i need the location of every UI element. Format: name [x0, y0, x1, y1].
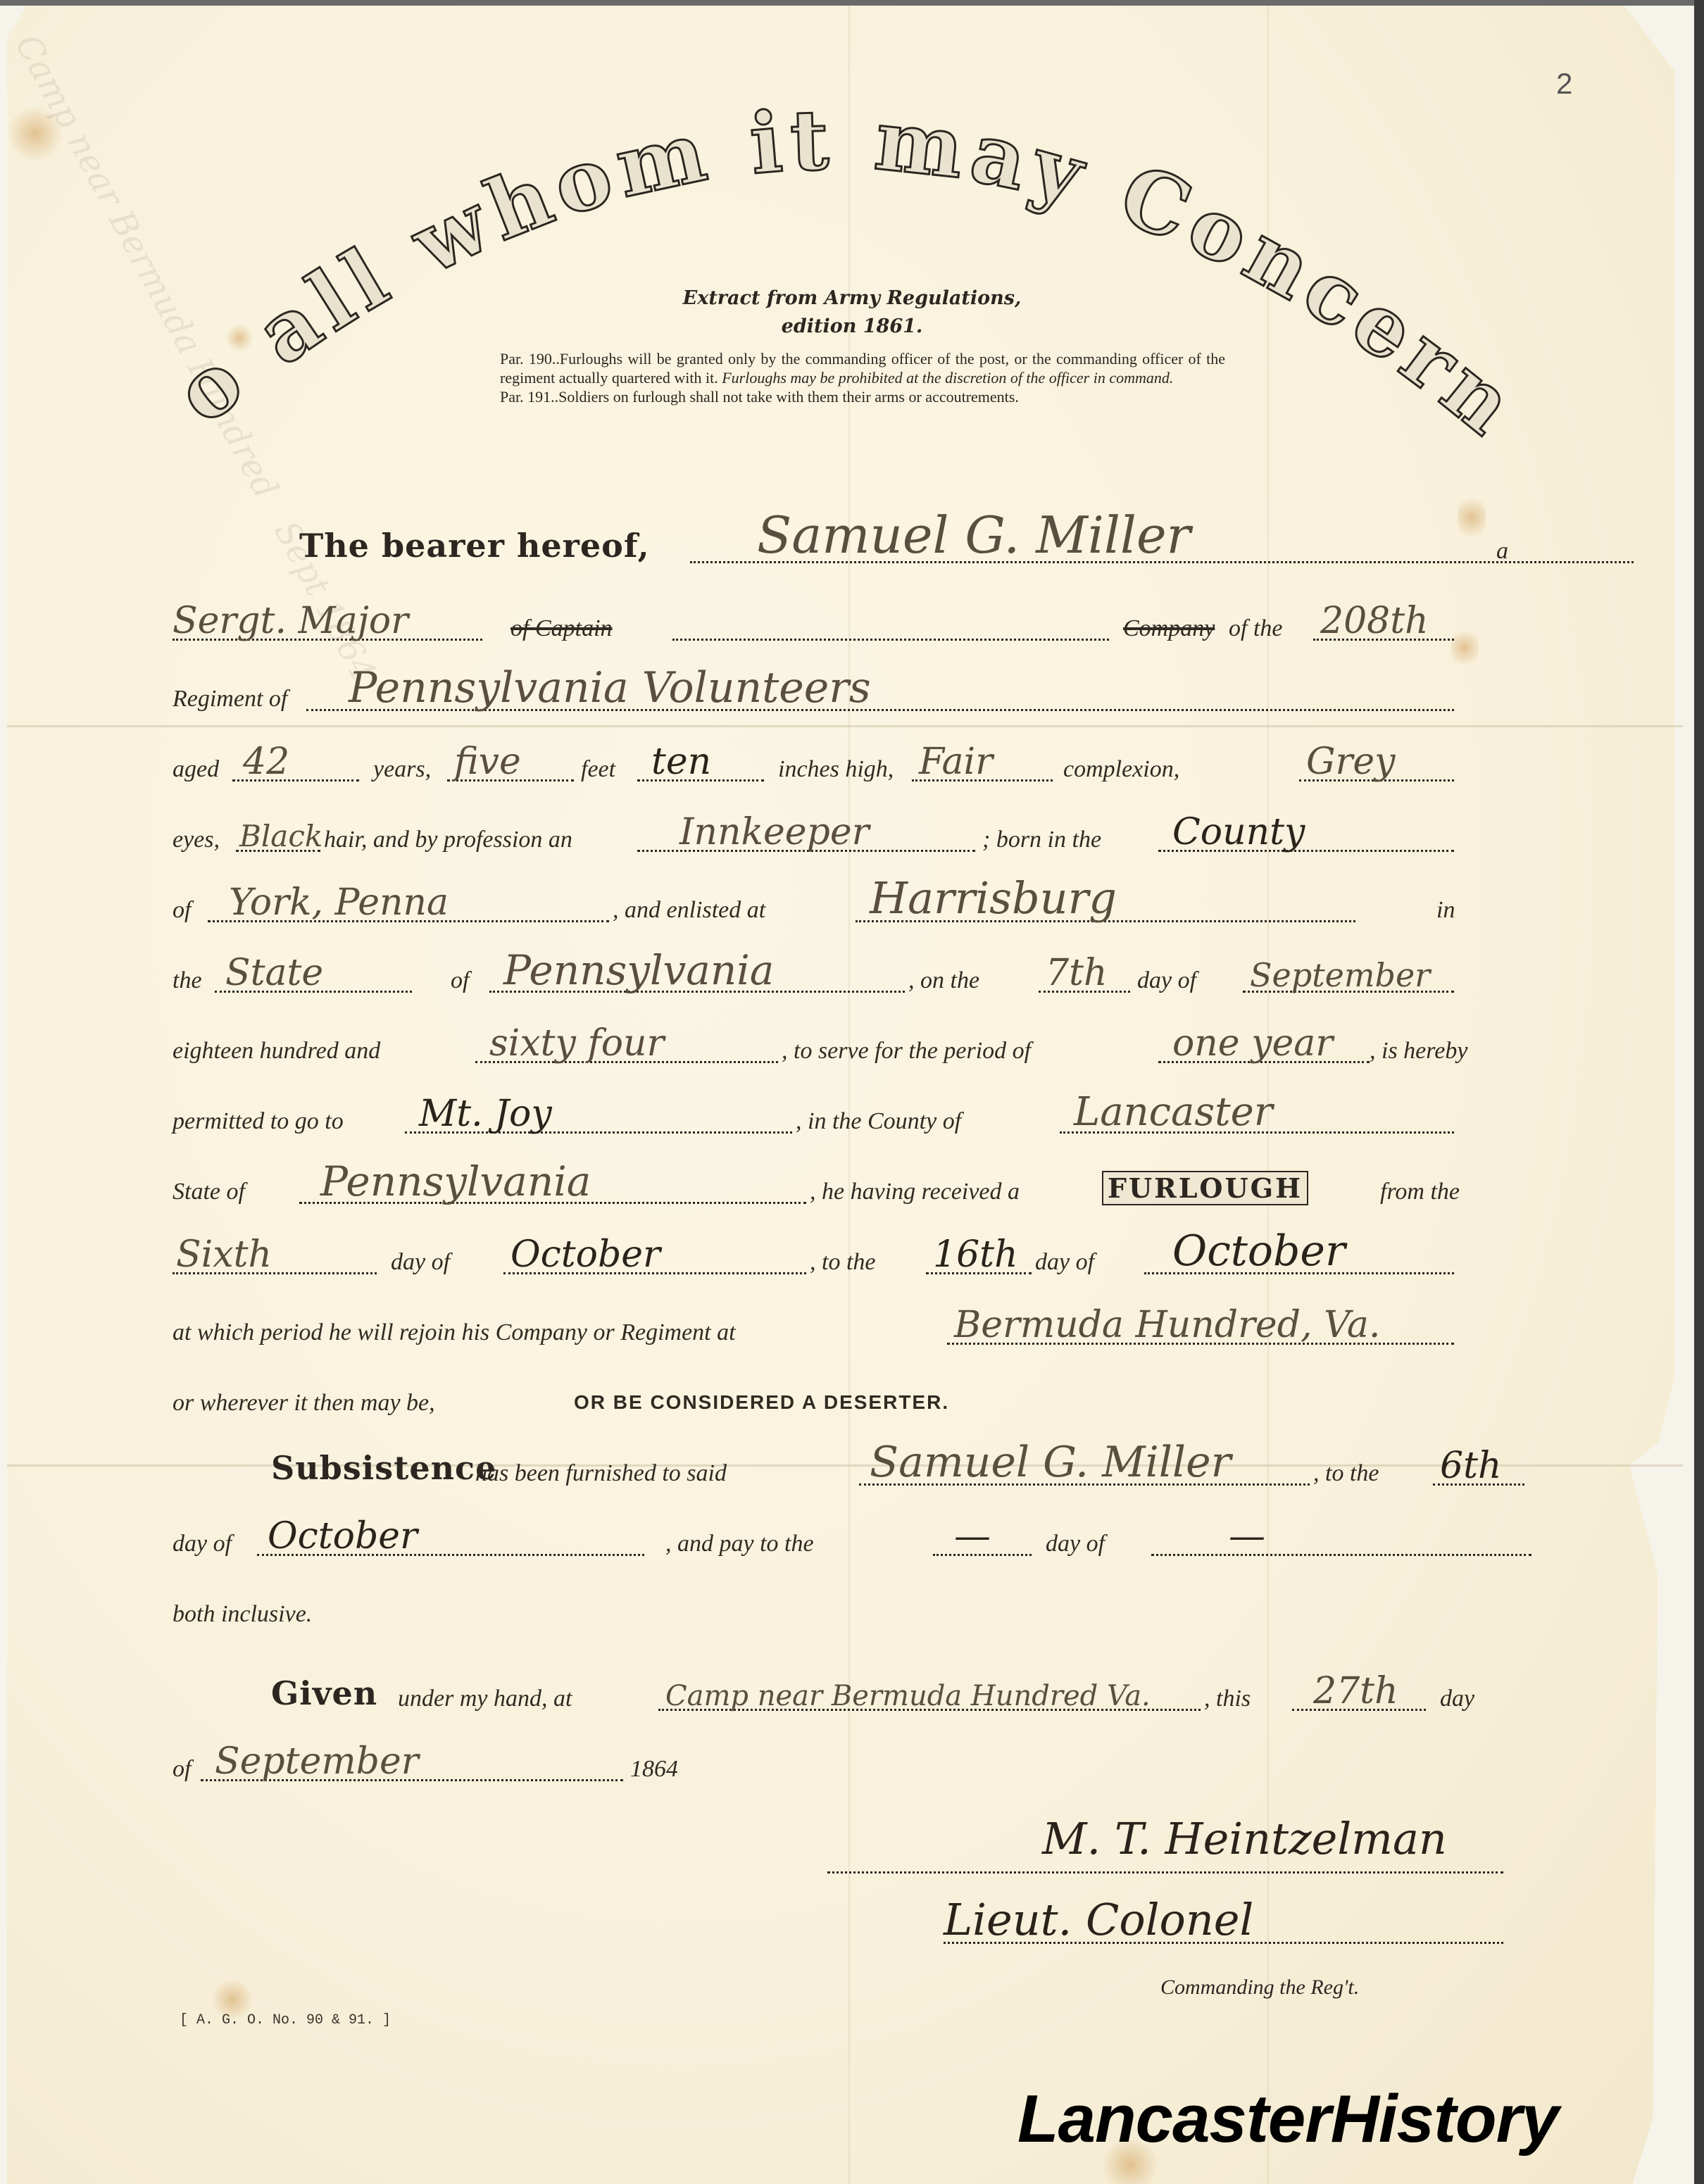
par-190-italic: Furloughs may be prohibited at the discr…	[722, 369, 1173, 387]
signature-name: M. T. Heintzelman	[1042, 1813, 1447, 1864]
pay-day-value: —	[954, 1515, 991, 1557]
regiment-name: Pennsylvania Volunteers	[349, 663, 871, 713]
rejoin-place-value: Bermuda Hundred, Va.	[954, 1304, 1380, 1346]
enlisted-month-value: September	[1250, 956, 1430, 994]
form-line-inclusive: both inclusive.	[173, 1577, 1503, 1633]
arched-title: To all whom it may Concern.	[0, 0, 1704, 493]
from-the-label: from the	[1380, 1179, 1460, 1205]
enlisted-label: , and enlisted at	[613, 897, 765, 924]
day-of-label-2: day of	[391, 1249, 450, 1276]
hair-color-value: Black	[239, 819, 322, 853]
form-line-given-date: of September 1864	[173, 1732, 1503, 1788]
form-line-pay: day of October , and pay to the — day of…	[173, 1507, 1503, 1563]
furlough-start-day-value: Sixth	[176, 1234, 272, 1276]
feet-value: five	[454, 741, 521, 783]
day-of-label-3: day of	[1035, 1249, 1094, 1276]
born-label: ; born in the	[982, 827, 1101, 853]
having-label: , he having received a	[810, 1179, 1020, 1205]
feet-label: feet	[581, 756, 615, 783]
deserter-warning: OR BE CONSIDERED A DESERTER.	[574, 1391, 949, 1414]
service-period-value: one year	[1172, 1022, 1333, 1065]
form-line-enlist-date: the State of Pennsylvania , on the 7th d…	[173, 943, 1503, 1000]
rank-value: Sergt. Major	[173, 600, 408, 642]
form-line-furlough-dates: Sixth day of October , to the 16th day o…	[173, 1225, 1503, 1281]
form-line-description: aged 42 years, five feet ten inches high…	[173, 732, 1503, 789]
bearer-suffix: a	[1496, 538, 1508, 565]
wherever-label: or wherever it then may be,	[173, 1390, 435, 1417]
form-line-given: Given under my hand, at Camp near Bermud…	[173, 1662, 1503, 1718]
the-label: the	[173, 967, 202, 994]
enlisted-year-value: sixty four	[489, 1022, 664, 1065]
day-of-label-4: day of	[173, 1531, 232, 1557]
bearer-label: The bearer hereof,	[299, 527, 650, 565]
profession-value: Innkeeper	[679, 811, 870, 853]
par-191: Par. 191..Soldiers on furlough shall not…	[479, 387, 1225, 406]
form-line-regiment: Regiment of Pennsylvania Volunteers	[173, 662, 1503, 718]
form-line-year: eighteen hundred and sixty four , to ser…	[173, 1014, 1503, 1070]
furlough-end-day-value: 16th	[933, 1234, 1018, 1276]
eye-color-value: Grey	[1306, 741, 1396, 783]
form-line-profession: eyes, Black hair, and by profession an I…	[173, 803, 1503, 859]
complexion-value: Fair	[919, 741, 993, 783]
pay-label: , and pay to the	[665, 1531, 814, 1557]
day-of-label-5: day of	[1046, 1531, 1105, 1557]
of-label-2: of	[451, 967, 469, 994]
destination-state-value: Pennsylvania	[320, 1157, 591, 1205]
years-label: years,	[373, 756, 431, 783]
furlough-start-month-value: October	[510, 1234, 660, 1276]
form-line-subsistence: Subsistence has been furnished to said S…	[173, 1436, 1503, 1493]
permitted-label: permitted to go to	[173, 1108, 344, 1135]
ago-reference: [ A. G. O. No. 90 & 91. ]	[180, 2012, 391, 2028]
inches-label: inches high,	[778, 756, 894, 783]
given-month-value: September	[215, 1740, 419, 1783]
subsistence-day-value: 6th	[1440, 1445, 1501, 1487]
regulations-extract: Par. 190..Furloughs will be granted only…	[479, 349, 1225, 406]
aged-label: aged	[173, 756, 219, 783]
form-line-enlisted: of York, Penna , and enlisted at Harrisb…	[173, 873, 1503, 929]
pay-month-field[interactable]	[1151, 1554, 1531, 1556]
signature-line[interactable]	[827, 1871, 1503, 1874]
serve-label: , to serve for the period of	[782, 1038, 1031, 1065]
company-label: Company	[1123, 615, 1215, 642]
day-label: day	[1440, 1686, 1474, 1712]
signature-title: Lieut. Colonel	[944, 1894, 1253, 1945]
extract-title: Extract from Army Regulations,	[0, 287, 1704, 309]
on-the-label: , on the	[908, 967, 979, 994]
born-place-b: York, Penna	[229, 881, 449, 924]
commanding-label: Commanding the Reg't.	[1160, 1976, 1359, 2000]
destination-value: Mt. Joy	[419, 1093, 552, 1135]
pay-month-value: —	[1229, 1515, 1265, 1557]
form-line-rank: Sergt. Major of Captain Company of the 2…	[173, 591, 1503, 648]
form-line-deserter: or wherever it then may be, OR BE CONSID…	[173, 1366, 1503, 1422]
furlough-word: FURLOUGH	[1102, 1171, 1308, 1205]
given-year-value: 1864	[630, 1756, 678, 1783]
age-value: 42	[243, 741, 289, 783]
in-label: in	[1436, 897, 1455, 924]
subsistence-month-value: October	[268, 1515, 418, 1557]
of-label-3: of	[173, 1756, 191, 1783]
furlough-end-month-value: October	[1172, 1226, 1346, 1276]
given-word: Given	[271, 1674, 377, 1712]
region-type-value: State	[225, 952, 323, 994]
form-line-bearer: The bearer hereof, Samuel G. Miller a	[173, 514, 1503, 570]
fold-crease	[7, 725, 1683, 727]
hereby-label: , is hereby	[1370, 1038, 1467, 1065]
born-place-a: County	[1172, 811, 1305, 853]
this-label: , this	[1204, 1686, 1251, 1712]
inclusive-label: both inclusive.	[173, 1601, 312, 1628]
enlisted-at-value: Harrisburg	[870, 872, 1117, 924]
of-label: of	[173, 897, 191, 924]
state-of-label: State of	[173, 1179, 245, 1205]
title-line[interactable]	[944, 1942, 1503, 1944]
form-line-destination: permitted to go to Mt. Joy , in the Coun…	[173, 1084, 1503, 1141]
complexion-label: complexion,	[1063, 756, 1179, 783]
bearer-name: Samuel G. Miller	[757, 506, 1191, 565]
of-captain-label: of Captain	[510, 615, 613, 642]
destination-county-value: Lancaster	[1074, 1089, 1273, 1135]
to-the-label: , to the	[810, 1249, 875, 1276]
inches-value: ten	[651, 741, 711, 783]
subsistence-label: has been furnished to said	[475, 1460, 727, 1487]
regiment-number: 208th	[1320, 600, 1429, 642]
to-the-label-2: , to the	[1313, 1460, 1379, 1487]
captain-field[interactable]	[672, 639, 1109, 641]
given-place-value: Camp near Bermuda Hundred Va.	[665, 1680, 1151, 1712]
rejoin-label: at which period he will rejoin his Compa…	[173, 1319, 736, 1346]
regiment-label: Regiment of	[173, 686, 287, 713]
hair-label: hair, and by profession an	[324, 827, 572, 853]
given-day-value: 27th	[1313, 1670, 1398, 1712]
of-the-label: of the	[1229, 615, 1282, 642]
enlisted-day-value: 7th	[1046, 952, 1107, 994]
eighteen-label: eighteen hundred and	[173, 1038, 380, 1065]
lancasterhistory-watermark: LancasterHistory	[1017, 2081, 1558, 2158]
eyes-label: eyes,	[173, 827, 220, 853]
day-of-label: day of	[1137, 967, 1196, 994]
form-line-furlough: State of Pennsylvania , he having receiv…	[173, 1155, 1503, 1211]
enlisted-region-value: Pennsylvania	[503, 946, 774, 994]
form-line-rejoin: at which period he will rejoin his Compa…	[173, 1295, 1503, 1352]
subsistence-name-value: Samuel G. Miller	[870, 1438, 1231, 1487]
extract-edition: edition 1861.	[0, 315, 1704, 337]
subsistence-word: Subsistence	[271, 1449, 496, 1487]
given-label: under my hand, at	[398, 1686, 572, 1712]
county-label: , in the County of	[796, 1108, 961, 1135]
